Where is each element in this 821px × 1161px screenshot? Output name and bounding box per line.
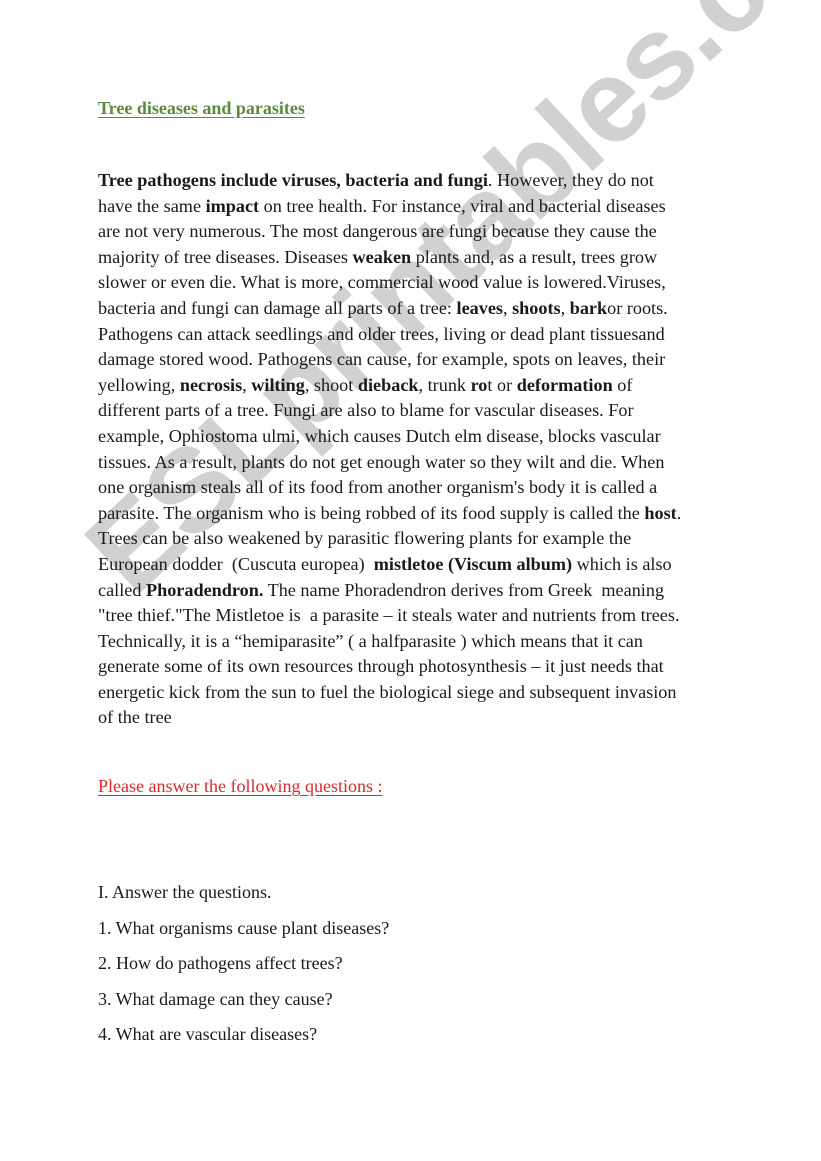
text-run: of bbox=[613, 375, 633, 395]
text-run: on tree health. For instance, viral and … bbox=[259, 196, 666, 216]
text-run: one organism steals all of its food from… bbox=[98, 477, 657, 497]
text-run: . bbox=[677, 503, 682, 523]
bold-term: impact bbox=[206, 196, 260, 216]
text-run: Pathogens can attack seedlings and older… bbox=[98, 324, 665, 344]
bold-term: wilting bbox=[251, 375, 305, 395]
paragraph-line: yellowing, necrosis, wilting, shoot dieb… bbox=[98, 373, 738, 399]
text-run: or roots. bbox=[607, 298, 668, 318]
bold-term: mistletoe (Viscum album) bbox=[374, 554, 572, 574]
question-item: I. Answer the questions. bbox=[98, 880, 389, 916]
paragraph-line: parasite. The organism who is being robb… bbox=[98, 501, 738, 527]
bold-term: ro bbox=[471, 375, 488, 395]
text-run: "tree thief."The Mistletoe is a parasite… bbox=[98, 605, 680, 625]
question-item: 3. What damage can they cause? bbox=[98, 987, 389, 1023]
paragraph-line: Trees can be also weakened by parasitic … bbox=[98, 526, 738, 552]
text-run: generate some of its own resources throu… bbox=[98, 656, 664, 676]
question-item: 2. How do pathogens affect trees? bbox=[98, 951, 389, 987]
text-run: which is also bbox=[572, 554, 672, 574]
text-run: , bbox=[561, 298, 570, 318]
bold-term: dieback bbox=[358, 375, 419, 395]
bold-term: host bbox=[644, 503, 676, 523]
text-run: plants and, as a result, trees grow bbox=[411, 247, 657, 267]
paragraph-line: bacteria and fungi can damage all parts … bbox=[98, 296, 738, 322]
paragraph-line: one organism steals all of its food from… bbox=[98, 475, 738, 501]
text-run: , shoot bbox=[305, 375, 358, 395]
paragraph-line: damage stored wood. Pathogens can cause,… bbox=[98, 347, 738, 373]
bold-term: deformation bbox=[517, 375, 613, 395]
text-run: example, Ophiostoma ulmi, which causes D… bbox=[98, 426, 661, 446]
paragraph-line: example, Ophiostoma ulmi, which causes D… bbox=[98, 424, 738, 450]
text-run: called bbox=[98, 580, 146, 600]
question-item: 4. What are vascular diseases? bbox=[98, 1022, 389, 1058]
paragraph-line: of the tree bbox=[98, 705, 738, 731]
paragraph-line: Tree pathogens include viruses, bacteria… bbox=[98, 168, 738, 194]
text-run: . However, they do not bbox=[488, 170, 654, 190]
text-run: t or bbox=[487, 375, 516, 395]
paragraph-line: "tree thief."The Mistletoe is a parasite… bbox=[98, 603, 738, 629]
text-run: majority of tree diseases. Diseases bbox=[98, 247, 353, 267]
paragraph-line: different parts of a tree. Fungi are als… bbox=[98, 398, 738, 424]
paragraph-line: majority of tree diseases. Diseases weak… bbox=[98, 245, 738, 271]
text-run: Trees can be also weakened by parasitic … bbox=[98, 528, 631, 548]
text-run: of the tree bbox=[98, 707, 172, 727]
bold-term: shoots bbox=[512, 298, 561, 318]
text-run: , trunk bbox=[419, 375, 471, 395]
paragraph-line: have the same impact on tree health. For… bbox=[98, 194, 738, 220]
bold-term: bark bbox=[570, 298, 607, 318]
instruction-heading: Please answer the following questions : bbox=[98, 776, 382, 797]
text-run: damage stored wood. Pathogens can cause,… bbox=[98, 349, 665, 369]
paragraph-line: Technically, it is a “hemiparasite” ( a … bbox=[98, 629, 738, 655]
bold-term: Phoradendron. bbox=[146, 580, 263, 600]
text-run: slower or even die. What is more, commer… bbox=[98, 272, 666, 292]
paragraph-line: energetic kick from the sun to fuel the … bbox=[98, 680, 738, 706]
text-run: bacteria and fungi can damage all parts … bbox=[98, 298, 457, 318]
body-paragraph: Tree pathogens include viruses, bacteria… bbox=[98, 168, 738, 731]
bold-term: weaken bbox=[353, 247, 412, 267]
paragraph-line: generate some of its own resources throu… bbox=[98, 654, 738, 680]
text-run: yellowing, bbox=[98, 375, 180, 395]
question-item: 1. What organisms cause plant diseases? bbox=[98, 916, 389, 952]
question-list: I. Answer the questions. 1. What organis… bbox=[98, 880, 389, 1058]
paragraph-line: tissues. As a result, plants do not get … bbox=[98, 450, 738, 476]
text-run: Technically, it is a “hemiparasite” ( a … bbox=[98, 631, 643, 651]
paragraph-line: are not very numerous. The most dangerou… bbox=[98, 219, 738, 245]
bold-term: necrosis bbox=[180, 375, 242, 395]
text-run: , bbox=[503, 298, 512, 318]
text-run: The name Phoradendron derives from Greek… bbox=[263, 580, 664, 600]
document-title: Tree diseases and parasites bbox=[98, 98, 305, 119]
bold-term: leaves bbox=[457, 298, 503, 318]
text-run: tissues. As a result, plants do not get … bbox=[98, 452, 664, 472]
worksheet-page: Tree diseases and parasites ESLprintable… bbox=[0, 0, 821, 1161]
text-run: , bbox=[242, 375, 251, 395]
text-run: energetic kick from the sun to fuel the … bbox=[98, 682, 676, 702]
text-run: parasite. The organism who is being robb… bbox=[98, 503, 644, 523]
paragraph-line: slower or even die. What is more, commer… bbox=[98, 270, 738, 296]
paragraph-line: Pathogens can attack seedlings and older… bbox=[98, 322, 738, 348]
paragraph-line: called Phoradendron. The name Phoradendr… bbox=[98, 578, 738, 604]
paragraph-line: European dodder (Cuscuta europea) mistle… bbox=[98, 552, 738, 578]
text-run: European dodder (Cuscuta europea) bbox=[98, 554, 374, 574]
text-run: are not very numerous. The most dangerou… bbox=[98, 221, 657, 241]
bold-term: Tree pathogens include viruses, bacteria… bbox=[98, 170, 488, 190]
text-run: have the same bbox=[98, 196, 206, 216]
text-run: different parts of a tree. Fungi are als… bbox=[98, 400, 634, 420]
